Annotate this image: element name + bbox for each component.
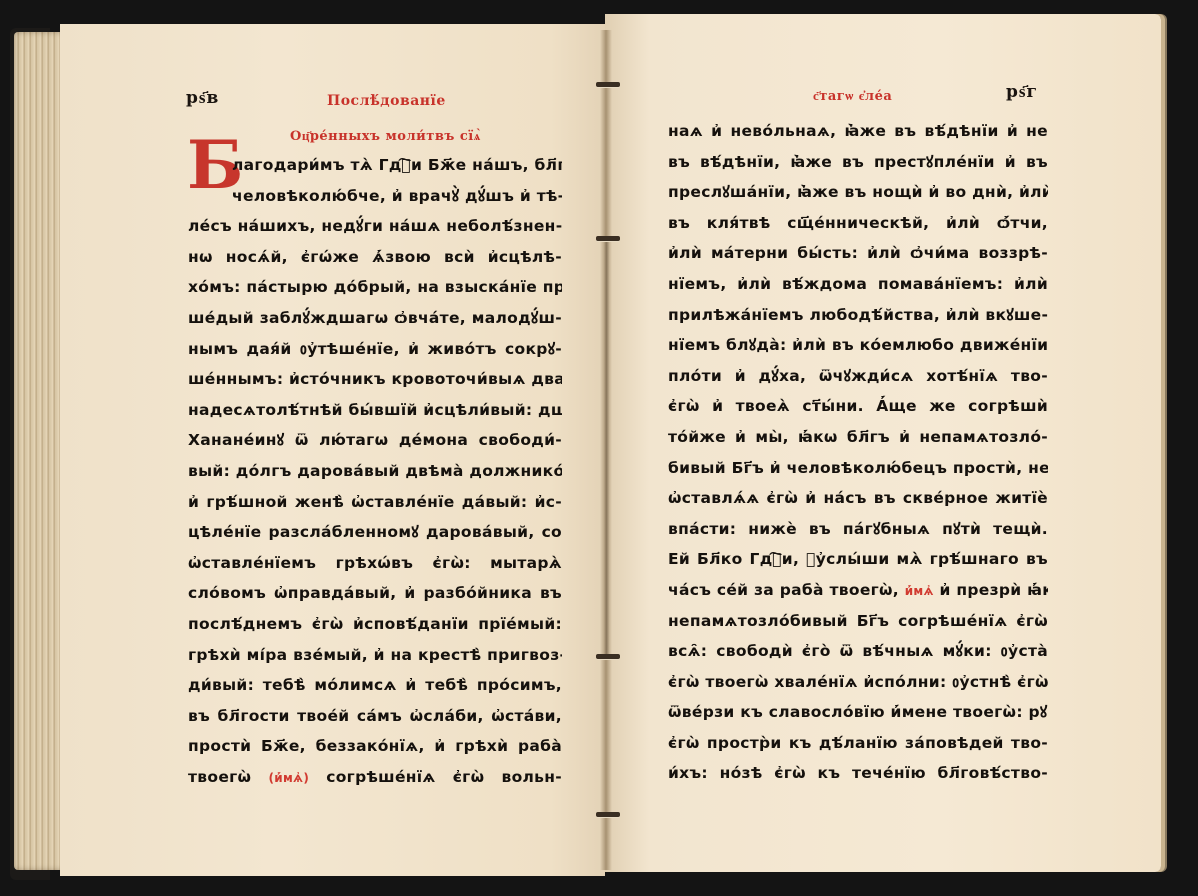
text-line: нѡ носѧ́й, є҆гѡ́же ѧ҆́звою всѝ и҆сцѣлѣ-	[188, 242, 562, 273]
text-line: человѣколю́бче, и҆ врачꙋ̀ дꙋ́шъ и҆ тѣ-	[188, 181, 562, 212]
text-line: є҆гѡ̀ твоегѡ̀ хвале́нїѧ и҆спо́лни: ᲂу҆ст…	[668, 667, 1048, 698]
text-line: є҆гѡ̀ простр̀и къ дѣ́ланїю за́повѣдей тв…	[668, 728, 1048, 759]
text-line: Ханане́инꙋ ѿ лю́тагѡ де́мона свободи́-	[188, 425, 562, 456]
text-line: ше́дый заблꙋ́ждшагѡ ѻ҆вча́те, малодꙋ́ш-	[188, 303, 562, 334]
text-line: преслꙋша́нїи, ꙗ҆̀же въ нощѝ и҆ во днѝ, и…	[668, 177, 1048, 208]
text-line: послѣ́днемъ є҆гѡ̀ и҆сповѣ́данїи прїе́мый…	[188, 609, 562, 640]
binding-stitch	[596, 654, 620, 659]
text-line: грѣхѝ мі́ра взе́мый, и҆ на крестѣ̀ пригв…	[188, 640, 562, 671]
text-line: нымъ дая́й ᲂу҆тѣше́нїе, и҆ живо́тъ сокрꙋ…	[188, 334, 562, 365]
text-line: въ кля́твѣ сщ҃е́нническѣй, и҆лѝ ѻ҆́тчи,	[668, 208, 1048, 239]
name-rubric: (и҆́мѧ҆)	[268, 771, 309, 785]
text-line: сло́вомъ ѡ҆правда́вый, и҆ разбо́йника въ	[188, 578, 562, 609]
text-line: въ бл҃гости твое́й са́мъ ѡ҆сла́би, ѡ҆ста…	[188, 701, 562, 732]
text-line: хо́мъ: па́стырю до́брый, на взыска́нїе п…	[188, 272, 562, 303]
text-line: бивый Бг҃ъ и҆ человѣколю́бецъ простѝ, не	[668, 453, 1048, 484]
left-page-text: лагодари́мъ тѧ̀ Гдⷭ҇и Бж҃е на́шъ, бл҃гі́…	[188, 150, 562, 792]
text-line: ѿве́рзи къ славосло́вїю и҆́мене твоегѡ̀:…	[668, 697, 1048, 728]
text-line: простѝ Бж҃е, беззако́нїѧ, и҆ грѣхѝ раба̀	[188, 731, 562, 762]
text-line: всѧ̑: свободѝ є҆го̀ ѿ вѣ́чныѧ мꙋ́ки: ᲂу҆…	[668, 636, 1048, 667]
text-line: надесѧтолѣ́тнѣй бы́вшїй и҆сцѣли́вый: дще…	[188, 395, 562, 426]
text-line: ле́съ на́шихъ, недꙋ́ги на́шѧ неболѣ́знен…	[188, 211, 562, 242]
text-line: и҆ грѣ́шной женѣ̀ ѡ҆ставле́нїе да́вый: и…	[188, 487, 562, 518]
text-line: въ вѣ́дѣнїи, ꙗ҆̀же въ престꙋпле́нїи и҆ в…	[668, 147, 1048, 178]
text-fragment: согрѣше́нїѧ є҆гѡ̀ вольн-	[326, 768, 562, 786]
text-line: непамѧтозло́бивый Бг҃ъ согрѣше́нїѧ є҆гѡ̀	[668, 606, 1048, 637]
left-running-head: Послѣ́дованїе	[327, 93, 446, 109]
text-line: то́йже и҆ мы̀, ꙗ҆́кѡ бл҃гъ и҆ непамѧтозл…	[668, 422, 1048, 453]
name-rubric: и҆́мѧ҆	[905, 584, 934, 598]
binding-stitch	[596, 236, 620, 241]
text-line-with-rubric: ча́съ се́й за раба̀ твоегѡ̀, и҆́мѧ҆ и҆ п…	[668, 575, 1048, 606]
binding-stitch	[596, 812, 620, 817]
text-line: вый: до́лгъ дарова́вый двѣма̀ должнико́м…	[188, 456, 562, 487]
text-line: и́хъ: но́зѣ є҆гѡ̀ къ тече́нїю бл҃говѣ́ст…	[668, 758, 1048, 789]
text-line: впа́сти: нижѐ въ па́гꙋбныѧ пꙋтѝ тещѝ.	[668, 514, 1048, 545]
right-page-text: наѧ и҆ нево́льнаѧ, ꙗ҆̀же въ вѣ́дѣнїи и҆ …	[668, 116, 1048, 789]
text-line: прилѣжа́нїемъ любодѣ́йства, и҆лѝ вкꙋше-	[668, 300, 1048, 331]
text-line: ѡ҆ставлѧ́ѧ є҆гѡ̀ и҆ на́съ въ скве́рное ж…	[668, 483, 1048, 514]
left-page-subtitle: Оц҃ре́нныхъ моли́твъ сїѧ̀	[290, 128, 481, 144]
text-fragment: и҆ презрѝ ꙗ҆́кѡ	[940, 581, 1048, 599]
open-book: рѕ҃в Послѣ́дованїе Оц҃ре́нныхъ моли́твъ …	[0, 0, 1198, 896]
text-line: лагодари́мъ тѧ̀ Гдⷭ҇и Бж҃е на́шъ, бл҃гі́…	[188, 150, 562, 181]
text-line: нїемъ, и҆лѝ вѣ́ждома помава́нїемъ: и҆лѝ	[668, 269, 1048, 300]
right-running-head: с҃тагѡ є҆ле́а	[813, 88, 892, 104]
binding-stitch	[596, 82, 620, 87]
text-line: пло́ти и҆ дꙋ́ха, ѿчꙋжди́сѧ хотѣ́нїѧ тво-	[668, 361, 1048, 392]
text-line: Ей Бл҃ко Гдⷭ҇и, ᲂу҆слы́ши мѧ̀ грѣ́шнаго …	[668, 544, 1048, 575]
text-line: и҆лѝ ма́терни бы́сть: и҆лѝ ѻ҆чи́ма воззр…	[668, 238, 1048, 269]
text-line: наѧ и҆ нево́льнаѧ, ꙗ҆̀же въ вѣ́дѣнїи и҆ …	[668, 116, 1048, 147]
text-line: ди́вый: тебѣ̀ мо́лимсѧ и҆ тебѣ̀ про́симъ…	[188, 670, 562, 701]
text-line-with-rubric: твоегѡ̀ (и҆́мѧ҆) согрѣше́нїѧ є҆гѡ̀ вольн…	[188, 762, 562, 793]
text-line: цѣле́нїе разсла́бленномꙋ дарова́вый, со	[188, 517, 562, 548]
left-folio-number: рѕ҃в	[186, 88, 219, 108]
text-line: ѡ҆ставле́нїемъ грѣхѡ́въ є҆гѡ̀: мытарѧ̀	[188, 548, 562, 579]
text-line: ше́ннымъ: и҆сто́чникъ кровоточи́выѧ два-	[188, 364, 562, 395]
binding-thread	[604, 240, 609, 660]
text-line: нїемъ блꙋда̀: и҆лѝ въ ко́емлюбо движе́нї…	[668, 330, 1048, 361]
right-folio-number: рѕ҃г	[1006, 82, 1038, 102]
text-line: є҆гѡ̀ и҆ твоеѧ̀ ст҃ы́ни. А҆́ще же согрѣш…	[668, 391, 1048, 422]
text-fragment: твоегѡ̀	[188, 768, 251, 786]
text-fragment: ча́съ се́й за раба̀ твоегѡ̀,	[668, 581, 899, 599]
